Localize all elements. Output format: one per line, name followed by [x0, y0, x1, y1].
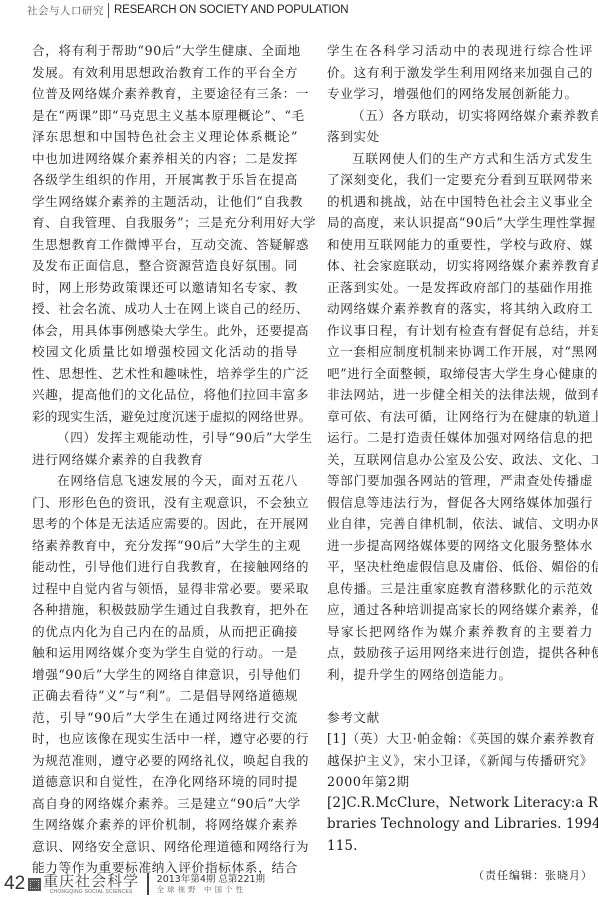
text-line: 意识、网络安全意识、网络伦理道德和网络行为	[32, 836, 298, 858]
reference-line: 2000年第2期	[327, 771, 593, 793]
text-line: 点，鼓励孩子运用网络来进行创造，提供各种便	[327, 642, 593, 664]
header-journal-en: RESEARCH ON SOCIETY AND POPULATION	[114, 4, 348, 16]
text-line: 动网络媒介素养教育的落实，将其纳入政府工	[327, 298, 593, 320]
issue-info: 2013年第4期 总第221期 全球视野 中国个性	[157, 874, 265, 895]
paragraph-continuation: 合，将有利于帮助“90后”大学生健康、全面地 发展。有效利用思想政治教育工作的平…	[32, 40, 298, 427]
text-line: 运行。二是打造责任媒体加强对网络信息的把	[327, 427, 593, 449]
heading-line: （四）发挥主观能动性，引导“90后”大学生	[32, 427, 298, 449]
footer-journal-cn: 重庆社会科学	[43, 873, 139, 889]
text-line: 时，也应该像在现实生活中一样，遵守必要的行	[32, 728, 298, 750]
reference-line: [2]C.R.McClure，Network Literacy:a Role f…	[327, 793, 593, 815]
text-line: 生思想教育工作微博平台，互动交流、答疑解惑	[32, 234, 298, 256]
text-line: 过程中自觉内省与领悟，显得非常必要。要采取	[32, 578, 298, 600]
reference-item-1: [1]（英）大卫·帕金翰：《英国的媒介素养教育：超 越保护主义》，宋小卫译，《新…	[327, 728, 593, 793]
text-line: 育、自我管理、自我服务”；三是充分利用好大学	[32, 212, 298, 234]
text-line: 在网络信息飞速发展的今天，面对五花八	[32, 470, 298, 492]
reference-line: 越保护主义》，宋小卫译，《新闻与传播研究》	[327, 750, 593, 772]
paragraph-four: 在网络信息飞速发展的今天，面对五花八 门、形形色色的资讯，没有主观意识，不会独立…	[32, 470, 298, 879]
text-line: 增强“90后”大学生的网络自律意识，引导他们	[32, 664, 298, 686]
issue-number: 2013年第4期 总第221期	[157, 874, 265, 885]
section-heading-five: （五）各方联动，切实将网络媒介素养教育 落到实处	[327, 105, 593, 148]
text-line: 局的高度，来认识提高“90后”大学生理性掌握	[327, 212, 593, 234]
references-title: 参考文献	[327, 707, 593, 729]
text-line: 的机遇和挑战，站在中国特色社会主义事业全	[327, 191, 593, 213]
references: 参考文献 [1]（英）大卫·帕金翰：《英国的媒介素养教育：超 越保护主义》，宋小…	[327, 707, 593, 858]
text-line: 生网络媒介素养的评价机制，将网络媒介素养	[32, 814, 298, 836]
text-line: 触和运用网络媒介变为学生自觉的行动。一是	[32, 642, 298, 664]
heading-line: （五）各方联动，切实将网络媒介素养教育	[327, 105, 593, 127]
text-line: 价。这有利于激发学生利用网络来加强自己的	[327, 62, 593, 84]
footer-journal-en: CHONGQING SOCIAL SCIENCES	[50, 889, 133, 895]
text-line: 道德意识和自觉性，在净化网络环境的同时提	[32, 771, 298, 793]
responsible-editor: （责任编辑：张晓月）	[327, 865, 593, 887]
reference-item-2: [2]C.R.McClure，Network Literacy:a Role f…	[327, 793, 593, 858]
text-line: 为规范准则，遵守必要的网络礼仪，唤起自我的	[32, 750, 298, 772]
text-line: 彩的现实生活，避免过度沉迷于虚拟的网络世界。	[32, 406, 298, 428]
text-line: 各种措施，积极鼓励学生通过自我教育，把外在	[32, 599, 298, 621]
text-line: 作议事日程，有计划有检查有督促有总结，并建	[327, 320, 593, 342]
text-line: 各级学生组织的作用，开展寓教于乐旨在提高	[32, 169, 298, 191]
text-line: 合，将有利于帮助“90后”大学生健康、全面地	[32, 40, 298, 62]
text-line: 等部门要加强各网站的管理，严肃查处传播虚	[327, 470, 593, 492]
text-line: 是在“两课”即“马克思主义基本原理概论”、“毛	[32, 105, 298, 127]
text-line: 能动性，引导他们进行自我教育，在接触网络的	[32, 556, 298, 578]
running-header: 社会与人口研究 RESEARCH ON SOCIETY AND POPULATI…	[27, 2, 348, 18]
text-line: 性、思想性、艺术性和趣味性，培养学生的广泛	[32, 363, 298, 385]
text-line: 高自身的网络媒介素养。三是建立“90后”大学	[32, 793, 298, 815]
text-line: 的优点内化为自己内在的品质，从而把正确接	[32, 621, 298, 643]
text-line: 互联网使人们的生产方式和生活方式发生	[327, 148, 593, 170]
text-line: 学生网络媒介素养的主题活动，让他们“自我教	[32, 191, 298, 213]
text-line: 范，引导“90后”大学生在通过网络进行交流	[32, 707, 298, 729]
journal-logo-icon	[28, 878, 41, 891]
left-column: 合，将有利于帮助“90后”大学生健康、全面地 发展。有效利用思想政治教育工作的平…	[32, 40, 298, 879]
text-line: 络素养教育中，充分发挥“90后”大学生的主观	[32, 535, 298, 557]
text-line: 应，通过各种培训提高家长的网络媒介素养，倡	[327, 599, 593, 621]
text-line: 授、社会名流、成功人士在网上谈自己的经历、	[32, 298, 298, 320]
text-line: 发展。有效利用思想政治教育工作的平台全方	[32, 62, 298, 84]
text-line: 非法网站，进一步健全相关的法律法规，做到有	[327, 384, 593, 406]
text-line: 学生在各科学习活动中的表现进行综合性评	[327, 40, 593, 62]
text-line: 平，坚决杜绝虚假信息及庸俗、低俗、媚俗的信	[327, 556, 593, 578]
heading-line: 落到实处	[327, 126, 593, 148]
paragraph-five: 互联网使人们的生产方式和生活方式发生 了深刻变化，我们一定要充分看到互联网带来 …	[327, 148, 593, 686]
text-line: 体、社会家庭联动，切实将网络媒介素养教育真	[327, 255, 593, 277]
footer-divider	[147, 873, 149, 895]
reference-line: braries Technology and Libraries. 1994，1…	[327, 814, 593, 836]
text-line: 关，互联网信息办公室及公安、政法、文化、工商	[327, 449, 593, 471]
footer-journal-title: 重庆社会科学 CHONGQING SOCIAL SCIENCES	[43, 873, 139, 895]
page-footer: 42 重庆社会科学 CHONGQING SOCIAL SCIENCES 2013…	[4, 870, 265, 898]
text-line: 位普及网络媒介素养教育，主要途径有三条：一	[32, 83, 298, 105]
text-line: 中也加进网络媒介素养相关的内容；二是发挥	[32, 148, 298, 170]
text-line: 业自律，完善自律机制，依法、诚信、文明办网，	[327, 513, 593, 535]
text-line: 立一套相应制度机制来协调工作开展，对“黑网	[327, 341, 593, 363]
text-line: 门、形形色色的资讯，没有主观意识，不会独立	[32, 492, 298, 514]
page-number: 42	[4, 873, 25, 895]
text-line: 利，提升学生的网络创造能力。	[327, 664, 593, 686]
heading-line: 进行网络媒介素养的自我教育	[32, 449, 298, 471]
text-line: 了深刻变化，我们一定要充分看到互联网带来	[327, 169, 593, 191]
text-line: 思考的个体是无法适应需要的。因此，在开展网	[32, 513, 298, 535]
text-line: 导家长把网络作为媒介素养教育的主要着力	[327, 621, 593, 643]
text-line: 兴趣，提高他们的文化品位，将他们拉回丰富多	[32, 384, 298, 406]
section-heading-four: （四）发挥主观能动性，引导“90后”大学生 进行网络媒介素养的自我教育	[32, 427, 298, 470]
reference-line: 115.	[327, 836, 593, 858]
text-line: 进一步提高网络媒体要的网络文化服务整体水	[327, 535, 593, 557]
header-divider	[108, 3, 109, 18]
text-line: 泽东思想和中国特色社会主义理论体系概论”	[32, 126, 298, 148]
text-line: 及发布正面信息，整合资源营造良好氛围。同	[32, 255, 298, 277]
text-line: 专业学习，增强他们的网络发展创新能力。	[327, 83, 593, 105]
reference-line: [1]（英）大卫·帕金翰：《英国的媒介素养教育：超	[327, 728, 593, 750]
text-line: 息传播。三是注重家庭教育潜移默化的示范效	[327, 578, 593, 600]
text-line: 时，网上形势政策课还可以邀请知名专家、教	[32, 277, 298, 299]
text-line: 吧”进行全面整顿，取缔侵害大学生身心健康的	[327, 363, 593, 385]
journal-slogan: 全球视野 中国个性	[157, 885, 265, 895]
text-line: 假信息等违法行为，督促各大网络媒体加强行	[327, 492, 593, 514]
text-line: 校园文化质量比如增强校园文化活动的指导	[32, 341, 298, 363]
text-line: 正落到实处。一是发挥政府部门的基础作用推	[327, 277, 593, 299]
paragraph-continuation: 学生在各科学习活动中的表现进行综合性评 价。这有利于激发学生利用网络来加强自己的…	[327, 40, 593, 105]
text-line: 正确去看待“义”与“利”。二是倡导网络道德规	[32, 685, 298, 707]
right-column: 学生在各科学习活动中的表现进行综合性评 价。这有利于激发学生利用网络来加强自己的…	[327, 40, 593, 887]
text-line: 体会，用具体事例感染大学生。此外，还要提高	[32, 320, 298, 342]
text-line: 和使用互联网能力的重要性，学校与政府、媒	[327, 234, 593, 256]
spacer	[327, 685, 593, 707]
text-line: 章可依、有法可循，让网络行为在健康的轨道上	[327, 406, 593, 428]
header-journal-cn: 社会与人口研究	[27, 3, 104, 18]
